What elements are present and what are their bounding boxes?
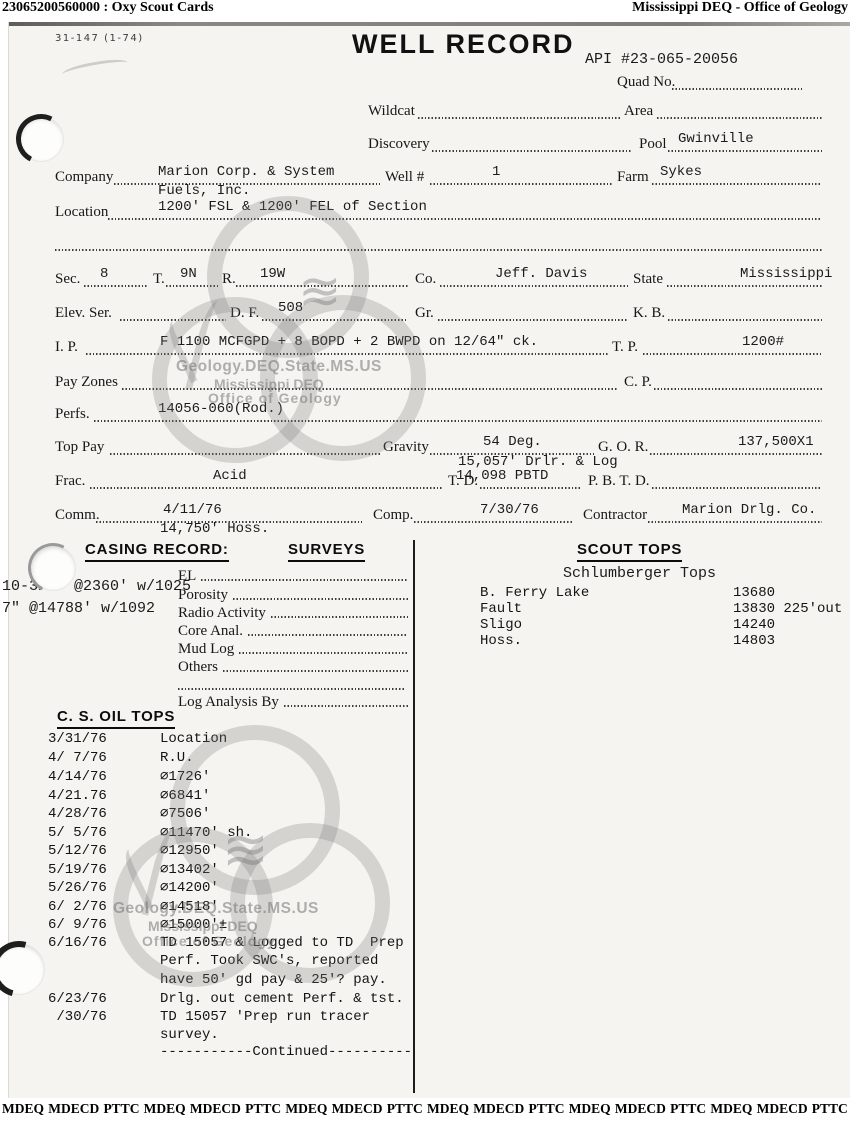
footer-item: MDECD [757, 1101, 808, 1121]
formation-name: Hoss. [480, 633, 733, 649]
survey-label: Radio Activity [178, 605, 266, 622]
hole-punch [19, 117, 63, 161]
oil-top-row: 6/ 2/76∅14518' [48, 898, 418, 915]
survey-row: Others [178, 659, 408, 676]
farm-value: Sykes [660, 164, 702, 180]
oil-top-row: 5/19/76∅13402' [48, 861, 418, 878]
company-label: Company [55, 169, 113, 186]
dotted-line [236, 285, 408, 287]
dotted-line [284, 705, 408, 707]
casing-record-heading: CASING RECORD: [85, 541, 229, 562]
footer-item: MDEQ [710, 1101, 752, 1121]
county-value: Jeff. Davis [495, 266, 587, 282]
form-number: 31-147 (1-74) [55, 33, 144, 44]
oil-top-row: 4/ 7/76R.U. [48, 750, 418, 766]
dotted-line [110, 453, 380, 455]
oil-top-row: survey. [48, 1027, 418, 1043]
oil-top-row: 6/23/76Drlg. out cement Perf. & tst. [48, 991, 418, 1007]
entry-date: 6/16/76 [48, 935, 160, 951]
dotted-line [652, 183, 822, 185]
perfs-value: 14056-060(Rod.) [158, 401, 284, 417]
entry-date: 6/23/76 [48, 991, 160, 1007]
footer-item: MDECD [332, 1101, 383, 1121]
sec-label: Sec. [55, 271, 80, 288]
entry-date: 5/26/76 [48, 880, 160, 896]
dotted-line [648, 521, 822, 523]
gor-value: 137,500X1 [738, 434, 814, 450]
entry-text: ∅14200' [160, 880, 219, 896]
entry-date: 4/14/76 [48, 769, 160, 785]
entry-text: Perf. Took SWC's, reported [160, 953, 378, 969]
survey-label: Porosity [178, 587, 228, 604]
survey-label: EL [178, 568, 196, 585]
gravity-value: 54 Deg. [483, 434, 542, 450]
gravity-label: Gravity [383, 439, 429, 456]
footer-item: MDECD [615, 1101, 666, 1121]
hole-punch [0, 944, 44, 994]
scout-top-row: Sligo14240 [480, 617, 850, 633]
perfs-label: Perfs. [55, 406, 90, 423]
entry-text: ∅1726' [160, 769, 210, 785]
dotted-line [178, 688, 406, 690]
wildcat-label: Wildcat [368, 103, 415, 120]
dotted-line [657, 117, 822, 119]
entry-date: 4/28/76 [48, 806, 160, 822]
county-label: Co. [415, 271, 436, 288]
dotted-line [418, 117, 620, 119]
oil-top-row: 4/14/76∅1726' [48, 768, 418, 785]
formation-depth: 13830 225'out [733, 601, 842, 617]
township-label: T. [153, 271, 165, 288]
entry-text: ∅15000'± [160, 917, 227, 933]
dotted-line [672, 88, 802, 90]
quad-label: Quad No. [617, 74, 675, 91]
township-value: 9N [180, 266, 197, 282]
pay-zones-label: Pay Zones [55, 374, 118, 391]
oil-top-row: 3/31/76Location [48, 731, 418, 747]
survey-row: EL [178, 568, 408, 585]
scout-top-row: Hoss.14803 [480, 633, 850, 649]
dotted-line [233, 598, 408, 600]
page-title: WELL RECORD [352, 29, 575, 60]
elev-ser-label: Elev. Ser. [55, 305, 112, 322]
survey-row: Porosity [178, 587, 408, 604]
formation-name: B. Ferry Lake [480, 585, 733, 601]
ip-label: I. P. [55, 339, 78, 356]
oil-top-row: 5/ 5/76∅11470' sh. [48, 824, 418, 841]
dotted-line [650, 453, 822, 455]
survey-row: Core Anal. [178, 623, 408, 640]
comm-note: 14,750' Hoss. [160, 521, 269, 537]
viewer-footer-bar: MDEQ MDECD PTTC MDEQ MDECD PTTC MDEQ MDE… [0, 1101, 850, 1121]
casing-line: 7" @14788' w/1092 [2, 600, 155, 617]
dotted-line [248, 634, 408, 636]
footer-item: MDEQ [144, 1101, 186, 1121]
range-label: R. [222, 271, 236, 288]
footer-item: PTTC [245, 1101, 281, 1121]
dotted-line [430, 183, 612, 185]
dotted-line [480, 487, 582, 489]
entry-date: 5/12/76 [48, 843, 160, 859]
entry-date: 3/31/76 [48, 731, 160, 747]
api-number: API #23-065-20056 [585, 51, 738, 68]
dotted-line [668, 319, 822, 321]
entry-text: survey. [160, 1027, 219, 1043]
sec-value: 8 [100, 266, 108, 282]
oil-top-row: Perf. Took SWC's, reported [48, 953, 418, 969]
dotted-line [643, 353, 822, 355]
oil-top-row: have 50' gd pay & 25'? pay. [48, 972, 418, 988]
dotted-line [84, 285, 148, 287]
comm-label: Comm. [55, 507, 100, 524]
footer-item: PTTC [670, 1101, 706, 1121]
entry-text: ∅12950' [160, 843, 219, 859]
survey-label: Log Analysis By [178, 694, 279, 711]
entry-text: ∅7506' [160, 806, 210, 822]
df-value: 508 [278, 300, 303, 316]
formation-depth: 14803 [733, 633, 775, 649]
entry-text: have 50' gd pay & 25'? pay. [160, 972, 387, 988]
survey-label: Mud Log [178, 641, 234, 658]
entry-text: ∅14518' [160, 899, 219, 915]
dotted-line [239, 652, 408, 654]
dotted-line [223, 670, 408, 672]
entry-date: 5/ 5/76 [48, 825, 160, 841]
survey-row: Log Analysis By [178, 694, 408, 711]
scout-top-row: Fault13830 225'out [480, 601, 850, 617]
entry-text: ∅11470' sh. [160, 825, 252, 841]
formation-name: Fault [480, 601, 733, 617]
dotted-line [90, 487, 442, 489]
hole-punch [31, 546, 75, 590]
location-label: Location [55, 204, 108, 221]
oil-top-row: 4/28/76∅7506' [48, 805, 418, 822]
state-value: Mississippi [740, 266, 832, 282]
comm-value: 4/11/76 [163, 502, 222, 518]
footer-item: MDECD [473, 1101, 524, 1121]
footer-item: PTTC [812, 1101, 848, 1121]
dotted-line [201, 579, 408, 581]
scout-tops-heading: SCOUT TOPS [577, 541, 682, 562]
scout-top-row: B. Ferry Lake13680 [480, 585, 850, 601]
oil-top-row: /30/76TD 15057 'Prep run tracer [48, 1009, 418, 1025]
oil-tops-heading: C. S. OIL TOPS [57, 708, 175, 729]
ip-value: F 1100 MCFGPD + 8 BOPD + 2 BWPD on 12/64… [160, 334, 538, 350]
oil-top-row: 6/16/76TD 15057 & Logged to TD Prep [48, 935, 418, 951]
footer-item: PTTC [103, 1101, 139, 1121]
entry-text: ∅13402' [160, 862, 219, 878]
survey-row: Mud Log [178, 641, 408, 658]
contractor-value: Marion Drlg. Co. [682, 502, 816, 518]
dotted-line [668, 150, 822, 152]
entry-text: R.U. [160, 750, 194, 766]
dotted-line [667, 285, 822, 287]
dotted-line [120, 319, 226, 321]
entry-text: TD 15057 & Logged to TD Prep [160, 935, 404, 951]
tp-value: 1200# [742, 334, 784, 350]
oil-top-row: -----------Continued---------- [48, 1044, 418, 1060]
well-number-label: Well # [385, 169, 424, 186]
oil-top-row: 6/ 9/76∅15000'± [48, 916, 418, 933]
scanned-well-record-page: 23065200560000 : Oxy Scout Cards Mississ… [0, 0, 850, 1121]
entry-date: /30/76 [48, 1009, 160, 1025]
dotted-line [652, 487, 822, 489]
entry-text: Drlg. out cement Perf. & tst. [160, 991, 404, 1007]
farm-label: Farm [617, 169, 649, 186]
dotted-line [262, 319, 408, 321]
comp-label: Comp. [373, 507, 413, 524]
scout-tops-subheading: Schlumberger Tops [563, 565, 716, 582]
company-value-line2: Fuels, Inc. [158, 183, 250, 199]
document-id-title: 23065200560000 : Oxy Scout Cards [2, 0, 214, 16]
range-value: 19W [260, 266, 285, 282]
dotted-line [654, 388, 822, 390]
footer-item: MDEQ [2, 1101, 44, 1121]
pool-label: Pool [639, 136, 667, 153]
survey-row: Radio Activity [178, 605, 408, 622]
dotted-line [414, 521, 572, 523]
section-rule [55, 249, 822, 251]
frac-value: Acid [213, 468, 247, 484]
footer-item: MDEQ [285, 1101, 327, 1121]
dotted-line [432, 150, 632, 152]
dotted-line [438, 319, 628, 321]
td-value: 14,098 PBTD [456, 468, 548, 484]
area-label: Area [624, 103, 653, 120]
dotted-line [86, 353, 608, 355]
pool-value: Gwinville [678, 131, 754, 147]
entry-text: -----------Continued---------- [160, 1044, 412, 1060]
footer-item: MDECD [190, 1101, 241, 1121]
oil-top-row: 5/12/76∅12950' [48, 842, 418, 859]
comp-value: 7/30/76 [480, 502, 539, 518]
state-label: State [633, 271, 663, 288]
surveys-heading: SURVEYS [288, 541, 365, 562]
kb-label: K. B. [633, 305, 665, 322]
formation-name: Sligo [480, 617, 733, 633]
entry-text: TD 15057 'Prep run tracer [160, 1009, 370, 1025]
tp-label: T. P. [612, 339, 638, 356]
formation-depth: 14240 [733, 617, 775, 633]
agency-title: Mississippi DEQ - Office of Geology [632, 0, 848, 16]
pbtd-label: P. B. T. D. [588, 473, 650, 490]
entry-date: 4/21.76 [48, 788, 160, 804]
gr-label: Gr. [415, 305, 434, 322]
top-pay-label: Top Pay [55, 439, 104, 456]
entry-text: Location [160, 731, 227, 747]
discovery-label: Discovery [368, 136, 430, 153]
entry-date: 5/19/76 [48, 862, 160, 878]
footer-item: PTTC [387, 1101, 423, 1121]
entry-date: 6/ 9/76 [48, 917, 160, 933]
entry-date: 6/ 2/76 [48, 899, 160, 915]
dotted-line [94, 420, 822, 422]
frac-label: Frac. [55, 473, 85, 490]
footer-item: MDEQ [569, 1101, 611, 1121]
oil-top-row: 4/21.76∅6841' [48, 787, 418, 804]
cp-label: C. P. [624, 374, 652, 391]
dotted-line [166, 285, 218, 287]
viewer-header-bar: 23065200560000 : Oxy Scout Cards Mississ… [0, 0, 850, 18]
entry-date: 4/ 7/76 [48, 750, 160, 766]
formation-depth: 13680 [733, 585, 775, 601]
df-label: D. F. [230, 305, 259, 322]
footer-item: MDEQ [427, 1101, 469, 1121]
dotted-line [122, 388, 618, 390]
dotted-line [271, 616, 408, 618]
dotted-line [440, 285, 628, 287]
survey-label: Others [178, 659, 218, 676]
dotted-line [108, 218, 822, 220]
contractor-label: Contractor [583, 507, 647, 524]
footer-item: MDECD [48, 1101, 99, 1121]
footer-item: PTTC [528, 1101, 564, 1121]
survey-label: Core Anal. [178, 623, 243, 640]
location-value: 1200' FSL & 1200' FEL of Section [158, 199, 427, 215]
company-value: Marion Corp. & System [158, 164, 334, 180]
oil-top-row: 5/26/76∅14200' [48, 879, 418, 896]
well-number-value: 1 [492, 164, 500, 180]
entry-text: ∅6841' [160, 788, 210, 804]
